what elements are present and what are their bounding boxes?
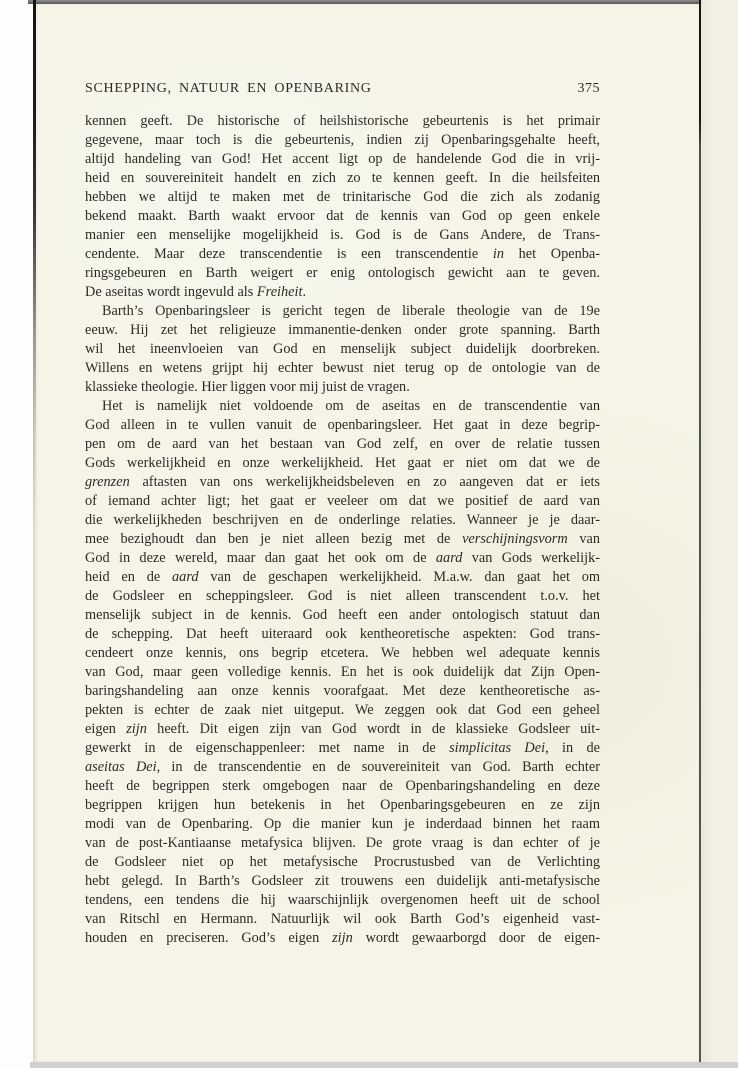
text-line: gewerkt in de eigenschappenleer: met nam…: [85, 739, 600, 758]
text-line: kennen geeft. De historische of heilshis…: [85, 112, 600, 131]
text-line: van God, maar geen volledige kennis. En …: [85, 663, 600, 682]
text-line: Barth’s Openbaringsleer is gericht tegen…: [85, 302, 600, 321]
running-title: SCHEPPING, NATUUR EN OPENBARING: [85, 81, 372, 97]
text-line: houden en preciseren. God’s eigen zijn w…: [85, 929, 600, 948]
text-line: Het is namelijk niet voldoende om de ase…: [85, 397, 600, 416]
text-line: pen om de aard van het bestaan van God z…: [85, 435, 600, 454]
text-line: heid en de aard van de geschapen werkeli…: [85, 568, 600, 587]
text-line: de Godsleer en scheppingsleer. God is ni…: [85, 587, 600, 606]
text-line: wil het ineenvloeien van God en menselij…: [85, 340, 600, 359]
text-line: altijd handeling van God! Het accent lig…: [85, 150, 600, 169]
text-line: eeuw. Hij zet het religieuze immanentie-…: [85, 321, 600, 340]
text-line: modi van de Openbaring. Op die manier ku…: [85, 815, 600, 834]
text-line: die werkelijkheden beschrijven en de ond…: [85, 511, 600, 530]
text-line: hebt gelegd. In Barth’s Godsleer zit tro…: [85, 872, 600, 891]
text-line: baringshandeling aan onze kennis voorafg…: [85, 682, 600, 701]
text-line: bekend maakt. Barth waakt ervoor dat de …: [85, 207, 600, 226]
text-line: eigen zijn heeft. Dit eigen zijn van God…: [85, 720, 600, 739]
paragraph: Barth’s Openbaringsleer is gericht tegen…: [85, 302, 600, 397]
text-line: menselijk subject in de kennis. God heef…: [85, 606, 600, 625]
text-line: Willens en wetens grijpt hij echter bewu…: [85, 359, 600, 378]
text-line: tendens, een tendens die hij waarschijnl…: [85, 891, 600, 910]
book-page: SCHEPPING, NATUUR EN OPENBARING 375 kenn…: [33, 4, 699, 1062]
text-line: God in deze wereld, maar dan gaat het oo…: [85, 549, 600, 568]
text-line: de Godsleer niet op het metafysische Pro…: [85, 853, 600, 872]
text-line: gegevene, maar toch is die gebeurtenis, …: [85, 131, 600, 150]
text-line: van de post-Kantiaanse metafysica blijve…: [85, 834, 600, 853]
text-line: heeft de begrippen sterk omgebogen naar …: [85, 777, 600, 796]
page-header: SCHEPPING, NATUUR EN OPENBARING 375: [85, 81, 600, 97]
text-line: De aseitas wordt ingevuld als Freiheit.: [85, 283, 600, 302]
text-line: cendeert onze kennis, ons begrip etceter…: [85, 644, 600, 663]
page-number: 375: [578, 81, 601, 97]
text-line: God alleen in te vullen vanuit de openba…: [85, 416, 600, 435]
text-line: manier een menselijke mogelijkheid is. G…: [85, 226, 600, 245]
text-line: de schepping. Dat heeft uiteraard ook ke…: [85, 625, 600, 644]
text-line: mee bezighoudt dan ben je niet alleen be…: [85, 530, 600, 549]
text-line: aseitas Dei, in de transcendentie en de …: [85, 758, 600, 777]
text-line: Gods werkelijkheid en onze werkelijkheid…: [85, 454, 600, 473]
scan-left-page-edge: [33, 0, 36, 720]
scanned-page: SCHEPPING, NATUUR EN OPENBARING 375 kenn…: [0, 0, 738, 1068]
adjacent-page-edge: [701, 0, 738, 1062]
text-line: pekten is echter de zaak niet uitgeput. …: [85, 701, 600, 720]
text-line: cendente. Maar deze transcendentie is ee…: [85, 245, 600, 264]
paragraph: kennen geeft. De historische of heilshis…: [85, 112, 600, 302]
text-block: kennen geeft. De historische of heilshis…: [85, 112, 600, 948]
text-line: ringsgebeuren en Barth weigert er enig o…: [85, 264, 600, 283]
text-line: hebben we altijd te maken met de trinita…: [85, 188, 600, 207]
paragraph: Het is namelijk niet voldoende om de ase…: [85, 397, 600, 948]
text-line: of iemand achter ligt; het gaat er veele…: [85, 492, 600, 511]
text-line: klassieke theologie. Hier liggen voor mi…: [85, 378, 600, 397]
text-line: van Ritschl en Hermann. Natuurlijk wil o…: [85, 910, 600, 929]
text-line: grenzen aftasten van ons werkelijkheidsb…: [85, 473, 600, 492]
text-line: begrippen krijgen hun betekenis in het O…: [85, 796, 600, 815]
text-line: heid en souvereiniteit handelt en zich z…: [85, 169, 600, 188]
scan-bottom-edge: [30, 1062, 738, 1068]
